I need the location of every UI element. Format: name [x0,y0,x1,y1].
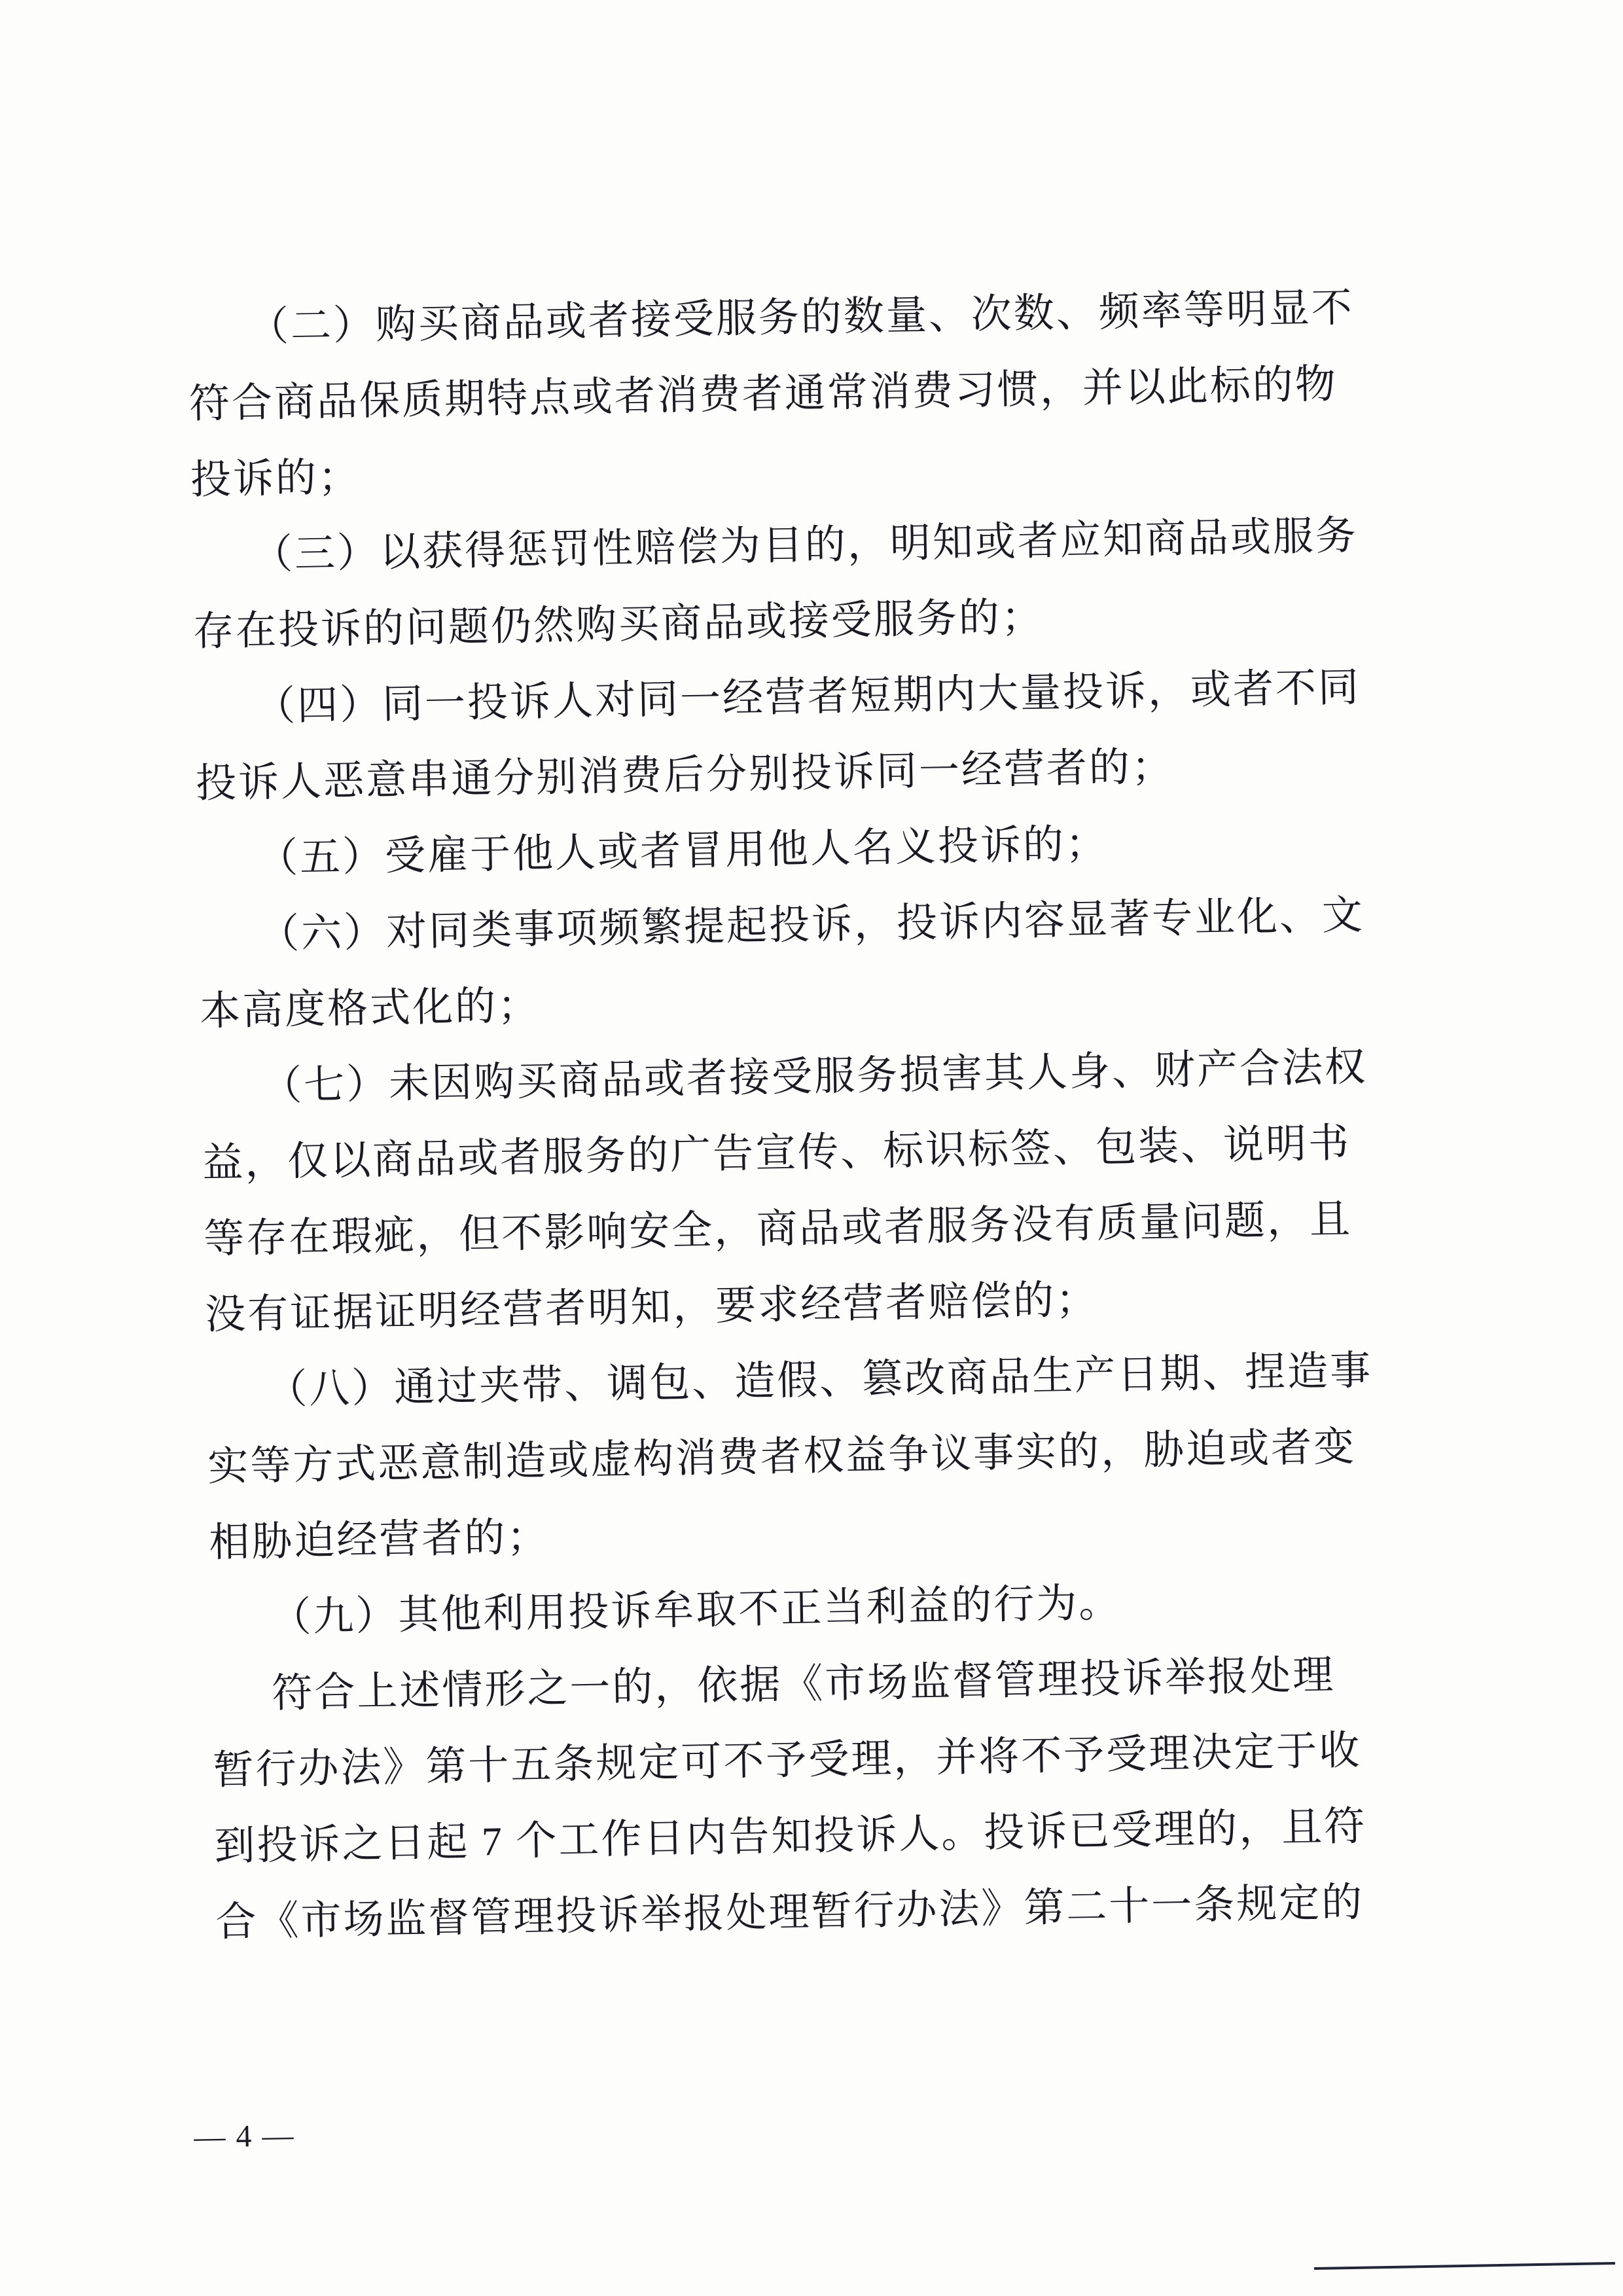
scanned-document-page: （二）购买商品或者接受服务的数量、次数、频率等明显不符合商品保质期特点或者消费者… [0,0,1623,2296]
document-body: （二）购买商品或者接受服务的数量、次数、频率等明显不符合商品保质期特点或者消费者… [187,270,1394,1961]
scan-artifact-line [1314,2262,1615,2270]
page-number: — 4 — [194,2117,295,2155]
